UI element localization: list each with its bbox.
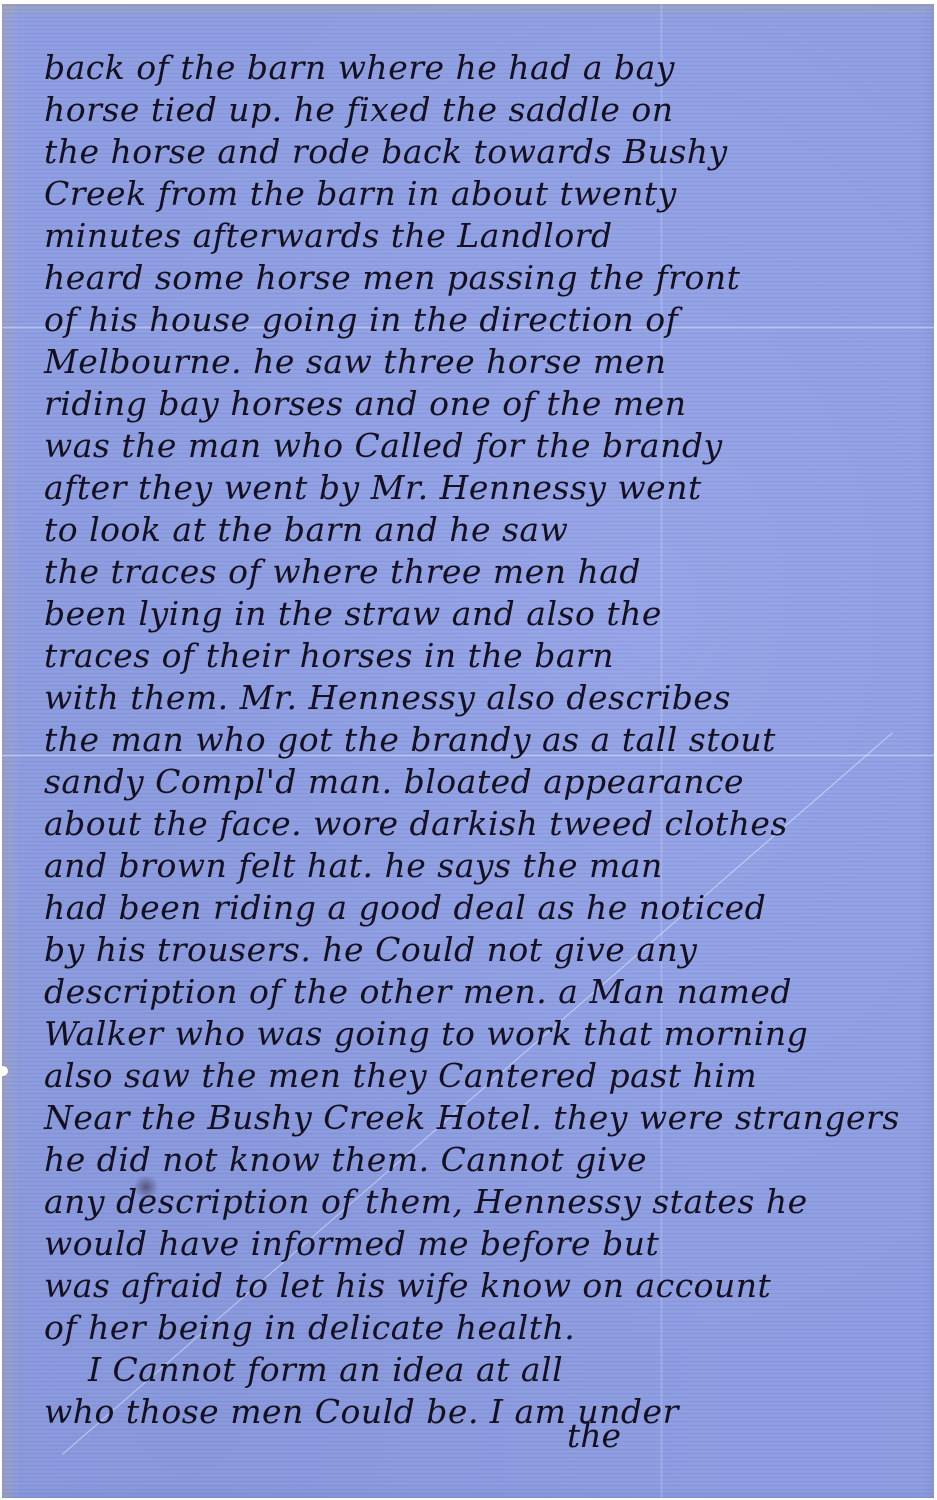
text-line: sandy Compl'd man. bloated appearance (44, 762, 744, 802)
text-line: the traces of where three men had (44, 552, 641, 592)
text-line: traces of their horses in the barn (44, 636, 614, 676)
text-line: by his trousers. he Could not give any (44, 930, 697, 970)
text-line: of his house going in the direction of (44, 300, 678, 340)
text-line: was the man who Called for the brandy (44, 426, 723, 466)
text-line: of her being in delicate health. (44, 1308, 575, 1348)
text-line: he did not know them. Cannot give (44, 1140, 647, 1180)
text-line: description of the other men. a Man name… (44, 972, 792, 1012)
text-line: horse tied up. he fixed the saddle on (44, 90, 674, 130)
text-line: I Cannot form an idea at all (44, 1350, 563, 1390)
text-line: with them. Mr. Hennessy also describes (44, 678, 731, 718)
text-line: Walker who was going to work that mornin… (44, 1014, 808, 1054)
text-line: to look at the barn and he saw (44, 510, 568, 550)
text-line: was afraid to let his wife know on accou… (44, 1266, 771, 1306)
text-line: Creek from the barn in about twenty (44, 174, 677, 214)
text-line: Near the Bushy Creek Hotel. they were st… (44, 1098, 900, 1138)
text-line: Melbourne. he saw three horse men (44, 342, 667, 382)
catchword: the (567, 1416, 621, 1455)
text-line: had been riding a good deal as he notice… (44, 888, 766, 928)
text-line: any description of them, Hennessy states… (44, 1182, 808, 1222)
text-line: about the face. wore darkish tweed cloth… (44, 804, 788, 844)
text-line: been lying in the straw and also the (44, 594, 662, 634)
text-line: after they went by Mr. Hennessy went (44, 468, 702, 508)
text-line: also saw the men they Cantered past him (44, 1056, 757, 1096)
text-line: back of the barn where he had a bay (44, 48, 675, 88)
text-line: minutes afterwards the Landlord (44, 216, 613, 256)
text-line: and brown felt hat. he says the man (44, 846, 663, 886)
text-line: riding bay horses and one of the men (44, 384, 686, 424)
text-line: would have informed me before but (44, 1224, 659, 1264)
text-line: the horse and rode back towards Bushy (44, 132, 728, 172)
paper-edge-tear (2, 1066, 8, 1076)
document-page: back of the barn where he had a bay hors… (2, 4, 934, 1498)
text-line: heard some horse men passing the front (44, 258, 740, 298)
text-line: the man who got the brandy as a tall sto… (44, 720, 776, 760)
